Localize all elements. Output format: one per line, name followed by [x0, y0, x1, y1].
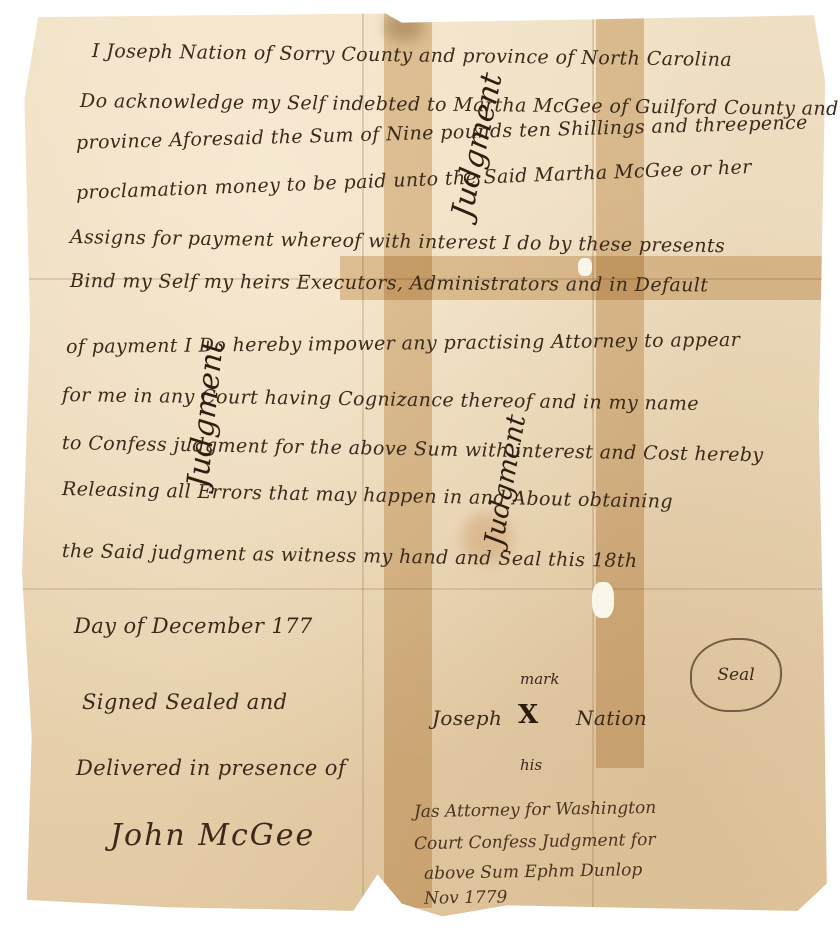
- mark-label: mark: [520, 670, 559, 688]
- ink-stain: [384, 12, 424, 42]
- witness-line: Delivered in presence of: [76, 756, 346, 780]
- fold-line: [592, 8, 594, 920]
- witness-signature: John McGee: [110, 818, 315, 853]
- signer-first-name: Joseph: [432, 706, 502, 730]
- signer-mark: X: [518, 700, 538, 730]
- paper-hole: [592, 582, 614, 618]
- seal-label: Seal: [717, 665, 754, 685]
- court-note-line: above Sum Ephm Dunlop: [424, 860, 643, 884]
- court-note-line: Jas Attorney for Washington: [414, 798, 657, 822]
- body-line: Bind my Self my heirs Executors, Adminis…: [70, 270, 708, 296]
- body-line: Day of December 177: [74, 614, 313, 638]
- court-note-line: Nov 1779: [424, 887, 508, 908]
- court-note-line: Court Confess Judgment for: [414, 830, 656, 854]
- signer-last-name: Nation: [576, 706, 647, 730]
- his-label: his: [520, 756, 542, 774]
- witness-line: Signed Sealed and: [82, 690, 288, 714]
- seal: Seal: [690, 638, 782, 712]
